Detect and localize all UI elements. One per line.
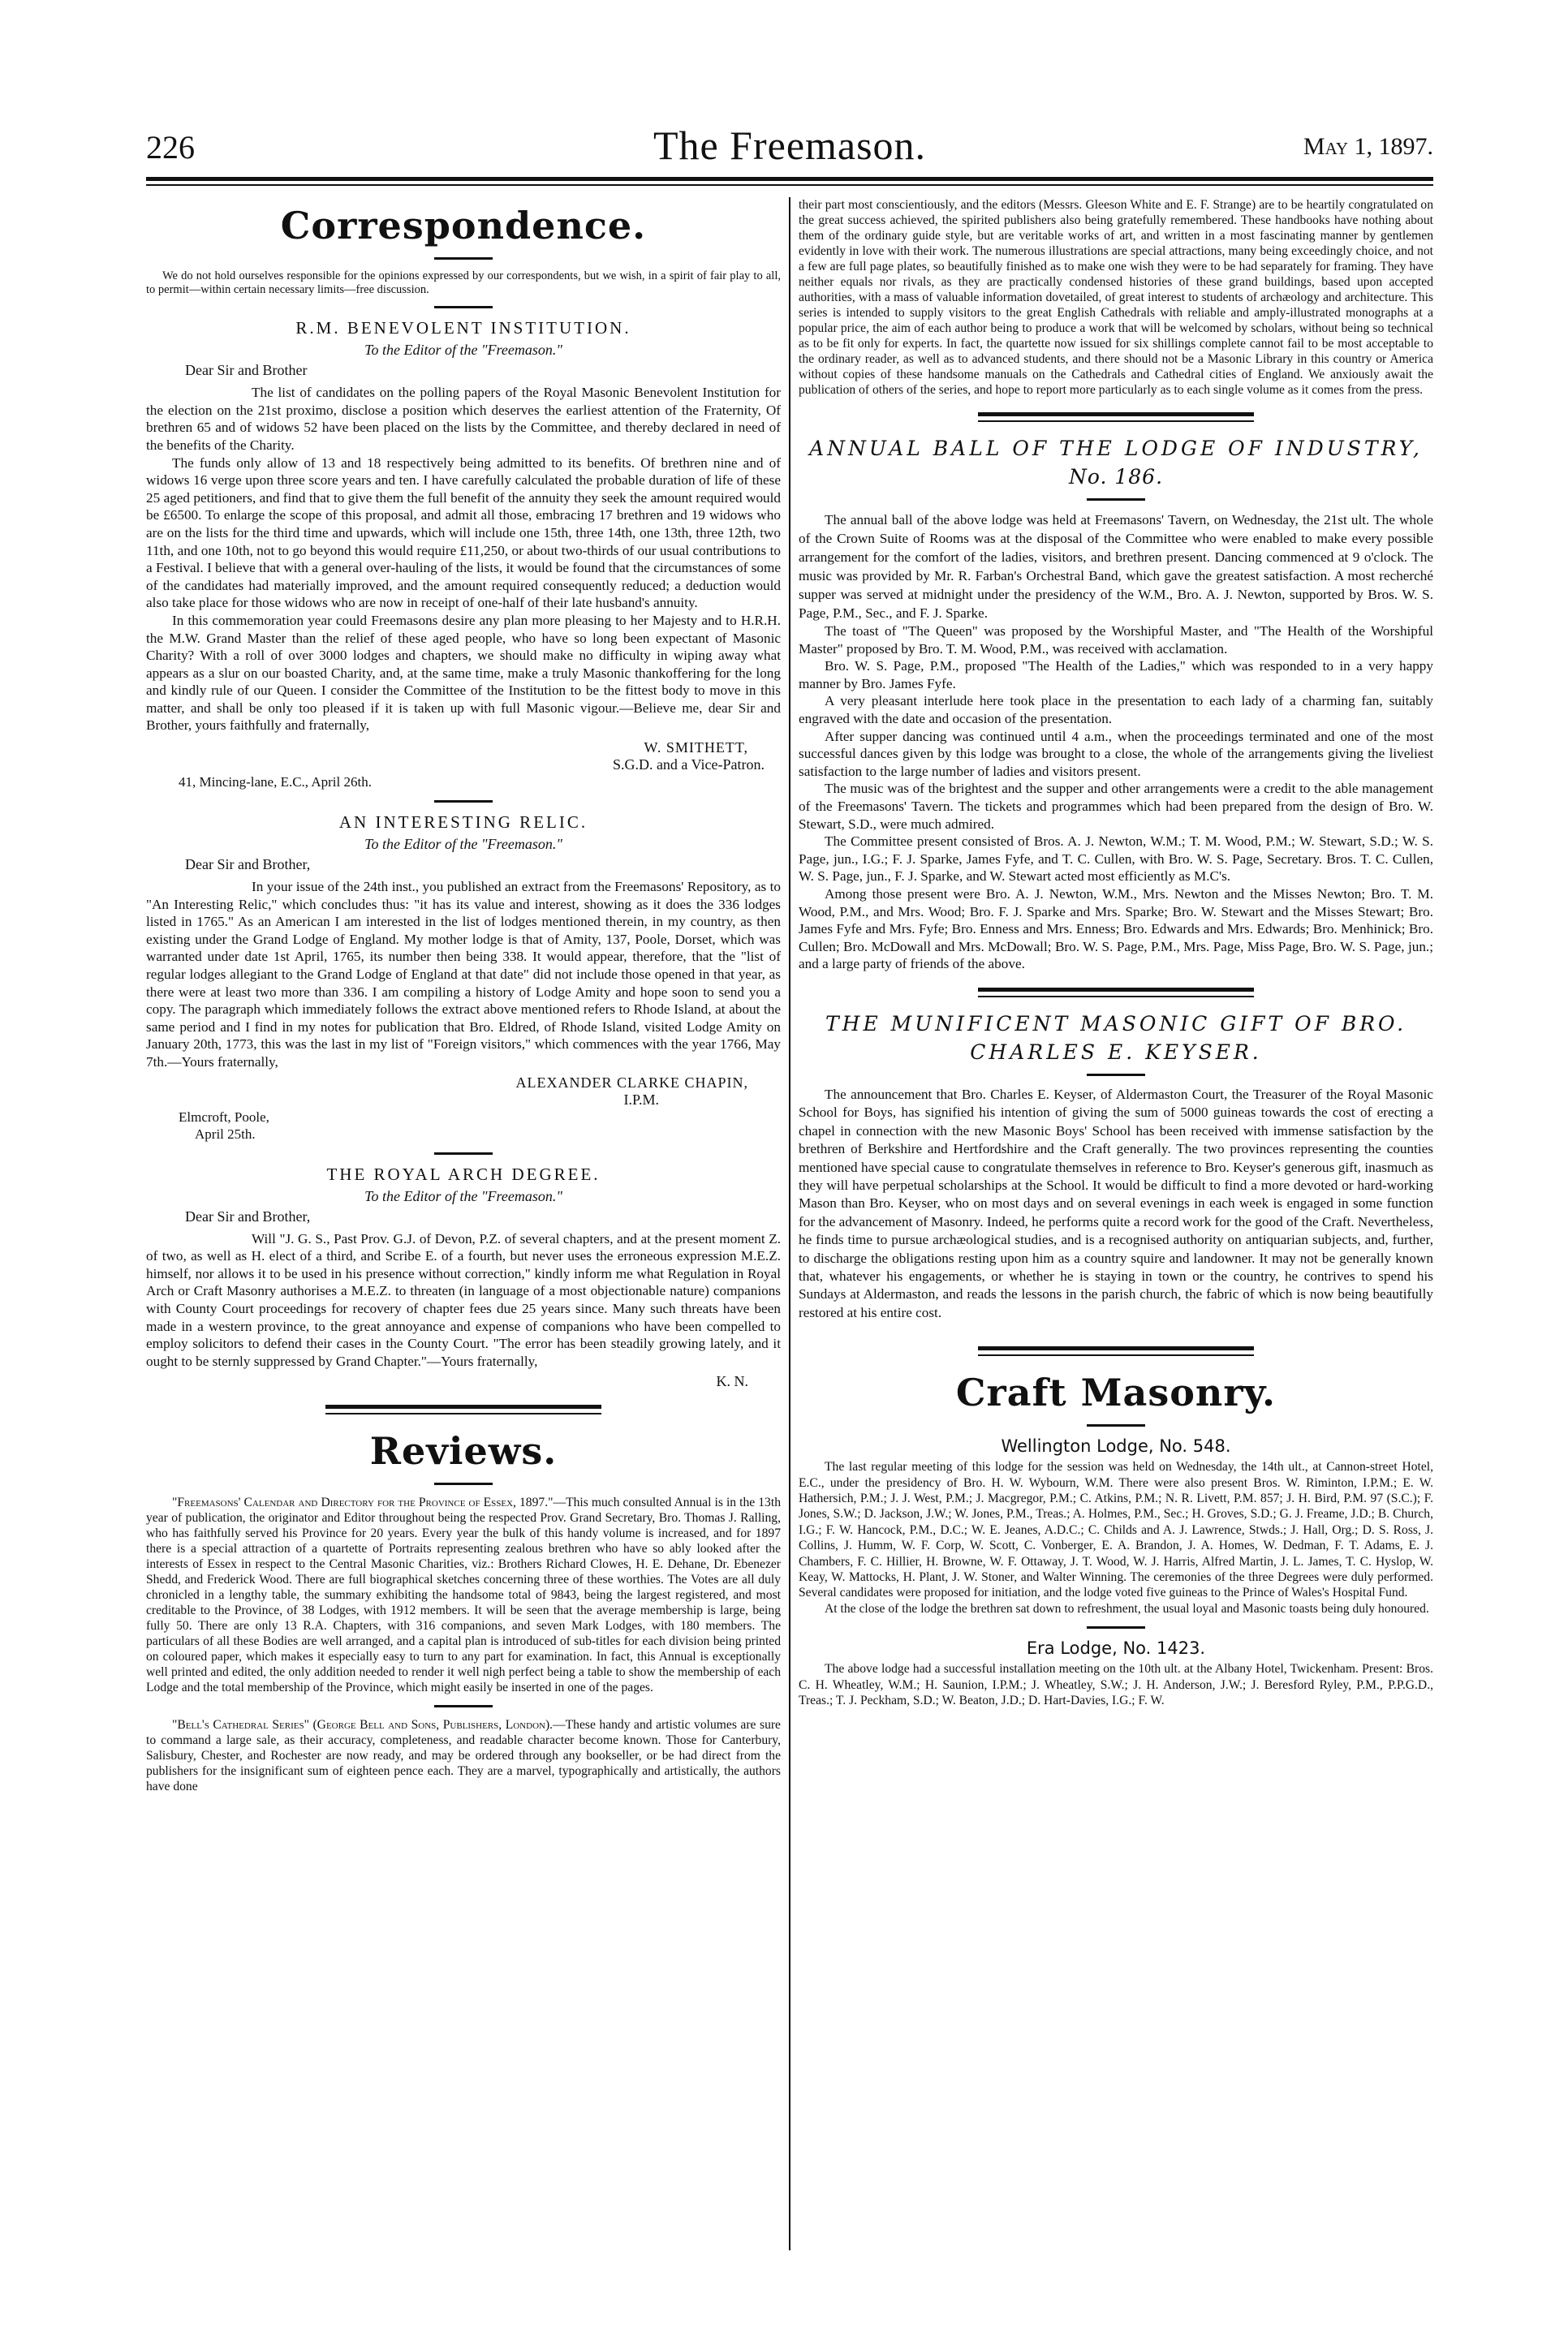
reviews-section: Reviews. "Freemasons' Calendar and Direc… [146,1429,781,1794]
paragraph: The music was of the brightest and the s… [799,780,1433,833]
paragraph: The announcement that Bro. Charles E. Ke… [799,1086,1433,1322]
lodge-name: Era Lodge, No. 1423. [799,1638,1433,1658]
letter-address-line: Elmcroft, Poole, [179,1109,781,1126]
gift-heading: THE MUNIFICENT MASONIC GIFT OF BRO. [799,1012,1433,1035]
paragraph: The Committee present consisted of Bros.… [799,833,1433,885]
divider [434,1152,493,1155]
signature: W. SMITHETT, [146,739,748,756]
paragraph: The funds only allow of 13 and 18 respec… [146,454,781,612]
paragraph: A very pleasant interlude here took plac… [799,692,1433,727]
masthead-rule [146,177,1433,181]
gift-heading-name: CHARLES E. KEYSER. [799,1040,1433,1064]
publication-title: The Freemason. [146,122,1433,169]
paragraph: The list of candidates on the polling pa… [146,384,781,454]
divider [434,800,493,803]
paragraph: Bro. W. S. Page, P.M., proposed "The Hea… [799,657,1433,692]
ball-heading: ANNUAL BALL OF THE LODGE OF INDUSTRY, [799,437,1433,460]
correspondence-heading: Correspondence. [146,204,781,248]
salutation: Dear Sir and Brother, [185,1208,781,1225]
masthead: 226 The Freemason. May 1, 1897. [146,122,1433,170]
divider [434,306,493,308]
keyser-gift-section: THE MUNIFICENT MASONIC GIFT OF BRO. CHAR… [799,1012,1433,1322]
letter-address-line: April 25th. [195,1126,781,1143]
lodge-name: Wellington Lodge, No. 548. [799,1436,1433,1456]
letter-relic: AN INTERESTING RELIC. To the Editor of t… [146,812,781,1143]
salutation: Dear Sir and Brother [185,362,781,379]
craft-masonry-heading: Craft Masonry. [799,1371,1433,1414]
signature-title: S.G.D. and a Vice-Patron. [146,756,765,773]
newspaper-page: 226 The Freemason. May 1, 1897. Correspo… [146,122,1433,197]
paragraph: Will "J. G. S., Past Prov. G.J. of Devon… [146,1230,781,1371]
divider [434,257,493,260]
letter-addressee: To the Editor of the "Freemason." [146,342,781,359]
craft-masonry-section: Craft Masonry. Wellington Lodge, No. 548… [799,1371,1433,1708]
reviews-heading: Reviews. [146,1429,781,1473]
paragraph: After supper dancing was continued until… [799,728,1433,781]
signature: ALEXANDER CLARKE CHAPIN, [146,1074,748,1091]
masthead-rule-thin [146,184,1433,186]
paragraph: The above lodge had a successful install… [799,1661,1433,1708]
paragraph: The toast of "The Queen" was proposed by… [799,622,1433,657]
left-column: Correspondence. We do not hold ourselves… [146,197,781,1794]
annual-ball-section: ANNUAL BALL OF THE LODGE OF INDUSTRY, No… [799,437,1433,973]
letter-addressee: To the Editor of the "Freemason." [146,836,781,853]
divider [1087,1626,1145,1629]
letter-royal-arch: THE ROYAL ARCH DEGREE. To the Editor of … [146,1165,781,1391]
review-item: "Freemasons' Calendar and Directory for … [146,1495,781,1695]
review-item: "Bell's Cathedral Series" (George Bell a… [146,1717,781,1794]
paragraph: Among those present were Bro. A. J. Newt… [799,885,1433,973]
column-divider [789,197,790,2250]
review-text: —This much consulted Annual is in the 13… [146,1496,781,1694]
signature-title: I.P.M. [146,1091,659,1109]
paragraph: The last regular meeting of this lodge f… [799,1459,1433,1601]
disclaimer: We do not hold ourselves responsible for… [146,269,781,296]
letter-addressee: To the Editor of the "Freemason." [146,1188,781,1205]
letter-title: THE ROYAL ARCH DEGREE. [146,1165,781,1185]
review-title: "Freemasons' Calendar and Directory for … [172,1496,553,1509]
divider [1087,1424,1145,1427]
section-rule [978,988,1254,997]
section-rule [978,412,1254,422]
signature: K. N. [146,1373,748,1390]
right-column: their part most conscientiously, and the… [799,197,1433,1708]
paragraph: The annual ball of the above lodge was h… [799,510,1433,622]
letter-title: AN INTERESTING RELIC. [146,812,781,833]
section-rule [325,1405,601,1414]
paragraph: In your issue of the 24th inst., you pub… [146,878,781,1071]
letter-rmbi: R.M. BENEVOLENT INSTITUTION. To the Edit… [146,318,781,790]
section-rule [978,1346,1254,1356]
paragraph: At the close of the lodge the brethren s… [799,1601,1433,1617]
divider [434,1705,493,1707]
letter-title: R.M. BENEVOLENT INSTITUTION. [146,318,781,338]
divider [1087,498,1145,501]
ball-heading-number: No. 186. [799,465,1433,489]
paragraph: In this commemoration year could Freemas… [146,612,781,734]
review-continuation: their part most conscientiously, and the… [799,197,1433,398]
review-title: "Bell's Cathedral Series" (George Bell a… [172,1718,553,1732]
divider [434,1483,493,1485]
issue-date: May 1, 1897. [1303,133,1433,161]
divider [1087,1074,1145,1076]
salutation: Dear Sir and Brother, [185,856,781,873]
letter-address: 41, Mincing-lane, E.C., April 26th. [179,773,781,790]
